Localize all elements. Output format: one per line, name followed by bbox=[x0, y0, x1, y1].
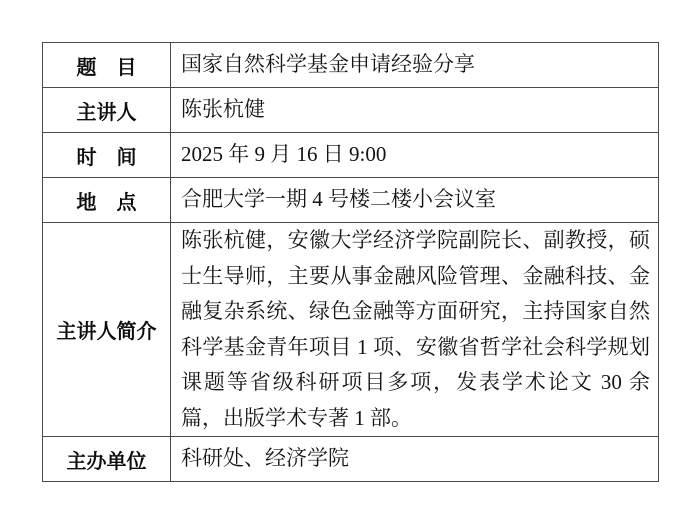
speaker-bio-label: 主讲人简介 bbox=[43, 223, 171, 437]
title-label: 题 目 bbox=[43, 43, 171, 88]
table-row-speaker-bio: 主讲人简介 陈张杭健，安徽大学经济学院副院长、副教授，硕士生导师，主要从事金融风… bbox=[43, 223, 659, 437]
speaker-label: 主讲人 bbox=[43, 88, 171, 133]
table-row-organizer: 主办单位 科研处、经济学院 bbox=[43, 437, 659, 482]
time-label: 时 间 bbox=[43, 133, 171, 178]
location-value: 合肥大学一期 4 号楼二楼小会议室 bbox=[171, 178, 659, 223]
table-row-location: 地 点 合肥大学一期 4 号楼二楼小会议室 bbox=[43, 178, 659, 223]
time-value: 2025 年 9 月 16 日 9:00 bbox=[171, 133, 659, 178]
seminar-info-table: 题 目 国家自然科学基金申请经验分享 主讲人 陈张杭健 时 间 2025 年 9… bbox=[42, 42, 659, 482]
document-page: 题 目 国家自然科学基金申请经验分享 主讲人 陈张杭健 时 间 2025 年 9… bbox=[0, 0, 699, 526]
speaker-bio-value: 陈张杭健，安徽大学经济学院副院长、副教授，硕士生导师，主要从事金融风险管理、金融… bbox=[171, 223, 659, 437]
table-row-speaker: 主讲人 陈张杭健 bbox=[43, 88, 659, 133]
table-row-title: 题 目 国家自然科学基金申请经验分享 bbox=[43, 43, 659, 88]
organizer-value: 科研处、经济学院 bbox=[171, 437, 659, 482]
title-value: 国家自然科学基金申请经验分享 bbox=[171, 43, 659, 88]
organizer-label: 主办单位 bbox=[43, 437, 171, 482]
speaker-value: 陈张杭健 bbox=[171, 88, 659, 133]
location-label: 地 点 bbox=[43, 178, 171, 223]
table-row-time: 时 间 2025 年 9 月 16 日 9:00 bbox=[43, 133, 659, 178]
